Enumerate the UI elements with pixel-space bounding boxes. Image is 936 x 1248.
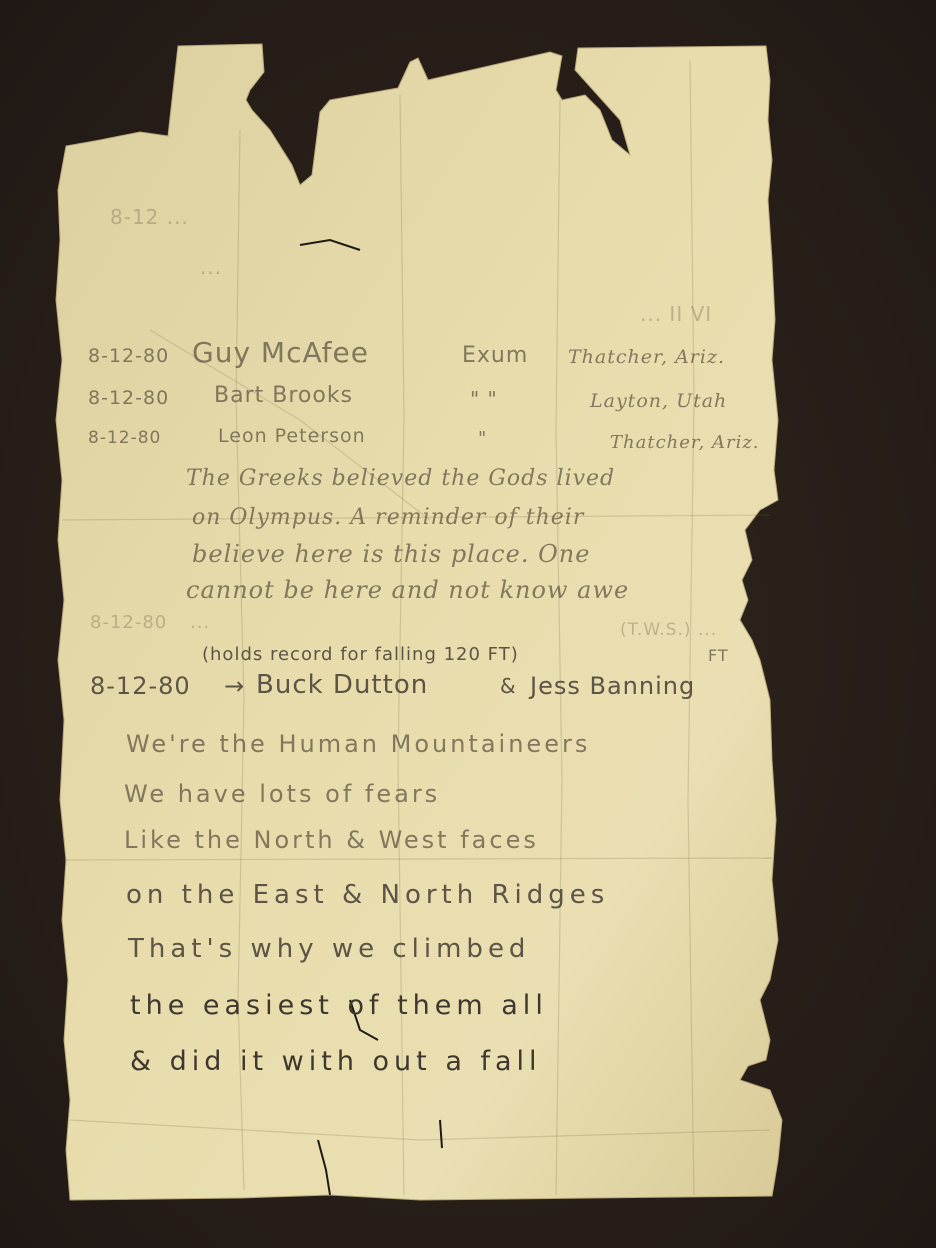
quote-line: cannot be here and not know awe xyxy=(186,576,629,604)
faded-entry-note: (T.W.S.) ... xyxy=(620,620,717,640)
poem-line: the easiest of them all xyxy=(130,990,548,1021)
arrow-icon: → xyxy=(224,672,245,700)
quote-line: believe here is this place. One xyxy=(192,540,590,568)
record-note-mark: FT xyxy=(708,646,729,665)
record-note: (holds record for falling 120 FT) xyxy=(202,644,519,665)
entry-route: Exum xyxy=(462,343,528,368)
entry-home: Layton, Utah xyxy=(590,390,727,412)
poem-line: on the East & North Ridges xyxy=(126,880,609,910)
entry-route: " " xyxy=(470,387,498,411)
torn-paper-sheet: 8-12 ... ... ... II VI 8-12-80 Guy McAfe… xyxy=(0,0,936,1248)
faded-line-3: ... II VI xyxy=(640,302,712,326)
entry-home: Thatcher, Ariz. xyxy=(568,346,725,368)
entry-date: 8-12-80 xyxy=(88,387,169,409)
poem-line: We have lots of fears xyxy=(124,780,440,808)
entry-date: 8-12-80 xyxy=(88,345,169,367)
entry-name: Guy McAfee xyxy=(192,336,369,369)
faded-line-1: 8-12 ... xyxy=(110,205,189,229)
poem-line: That's why we climbed xyxy=(128,934,530,964)
faded-entry-date: 8-12-80 xyxy=(90,612,167,633)
entry-route: " xyxy=(478,428,487,449)
quote-line: on Olympus. A reminder of their xyxy=(192,505,584,530)
poem-line: & did it with out a fall xyxy=(130,1046,542,1077)
climber-name-2: Jess Banning xyxy=(530,672,695,700)
faded-entry-name: ... xyxy=(190,612,210,633)
entry-home: Thatcher, Ariz. xyxy=(610,432,760,453)
ampersand: & xyxy=(500,674,517,698)
faded-line-2: ... xyxy=(200,255,222,279)
quote-line: The Greeks believed the Gods lived xyxy=(186,466,615,491)
entry-name: Bart Brooks xyxy=(214,383,353,408)
entry-name: Leon Peterson xyxy=(218,425,366,447)
team-entry-date: 8-12-80 xyxy=(90,672,191,700)
entry-date: 8-12-80 xyxy=(88,428,161,448)
poem-line: We're the Human Mountaineers xyxy=(126,730,590,758)
climber-name-1: Buck Dutton xyxy=(256,670,428,700)
poem-line: Like the North & West faces xyxy=(124,826,539,854)
